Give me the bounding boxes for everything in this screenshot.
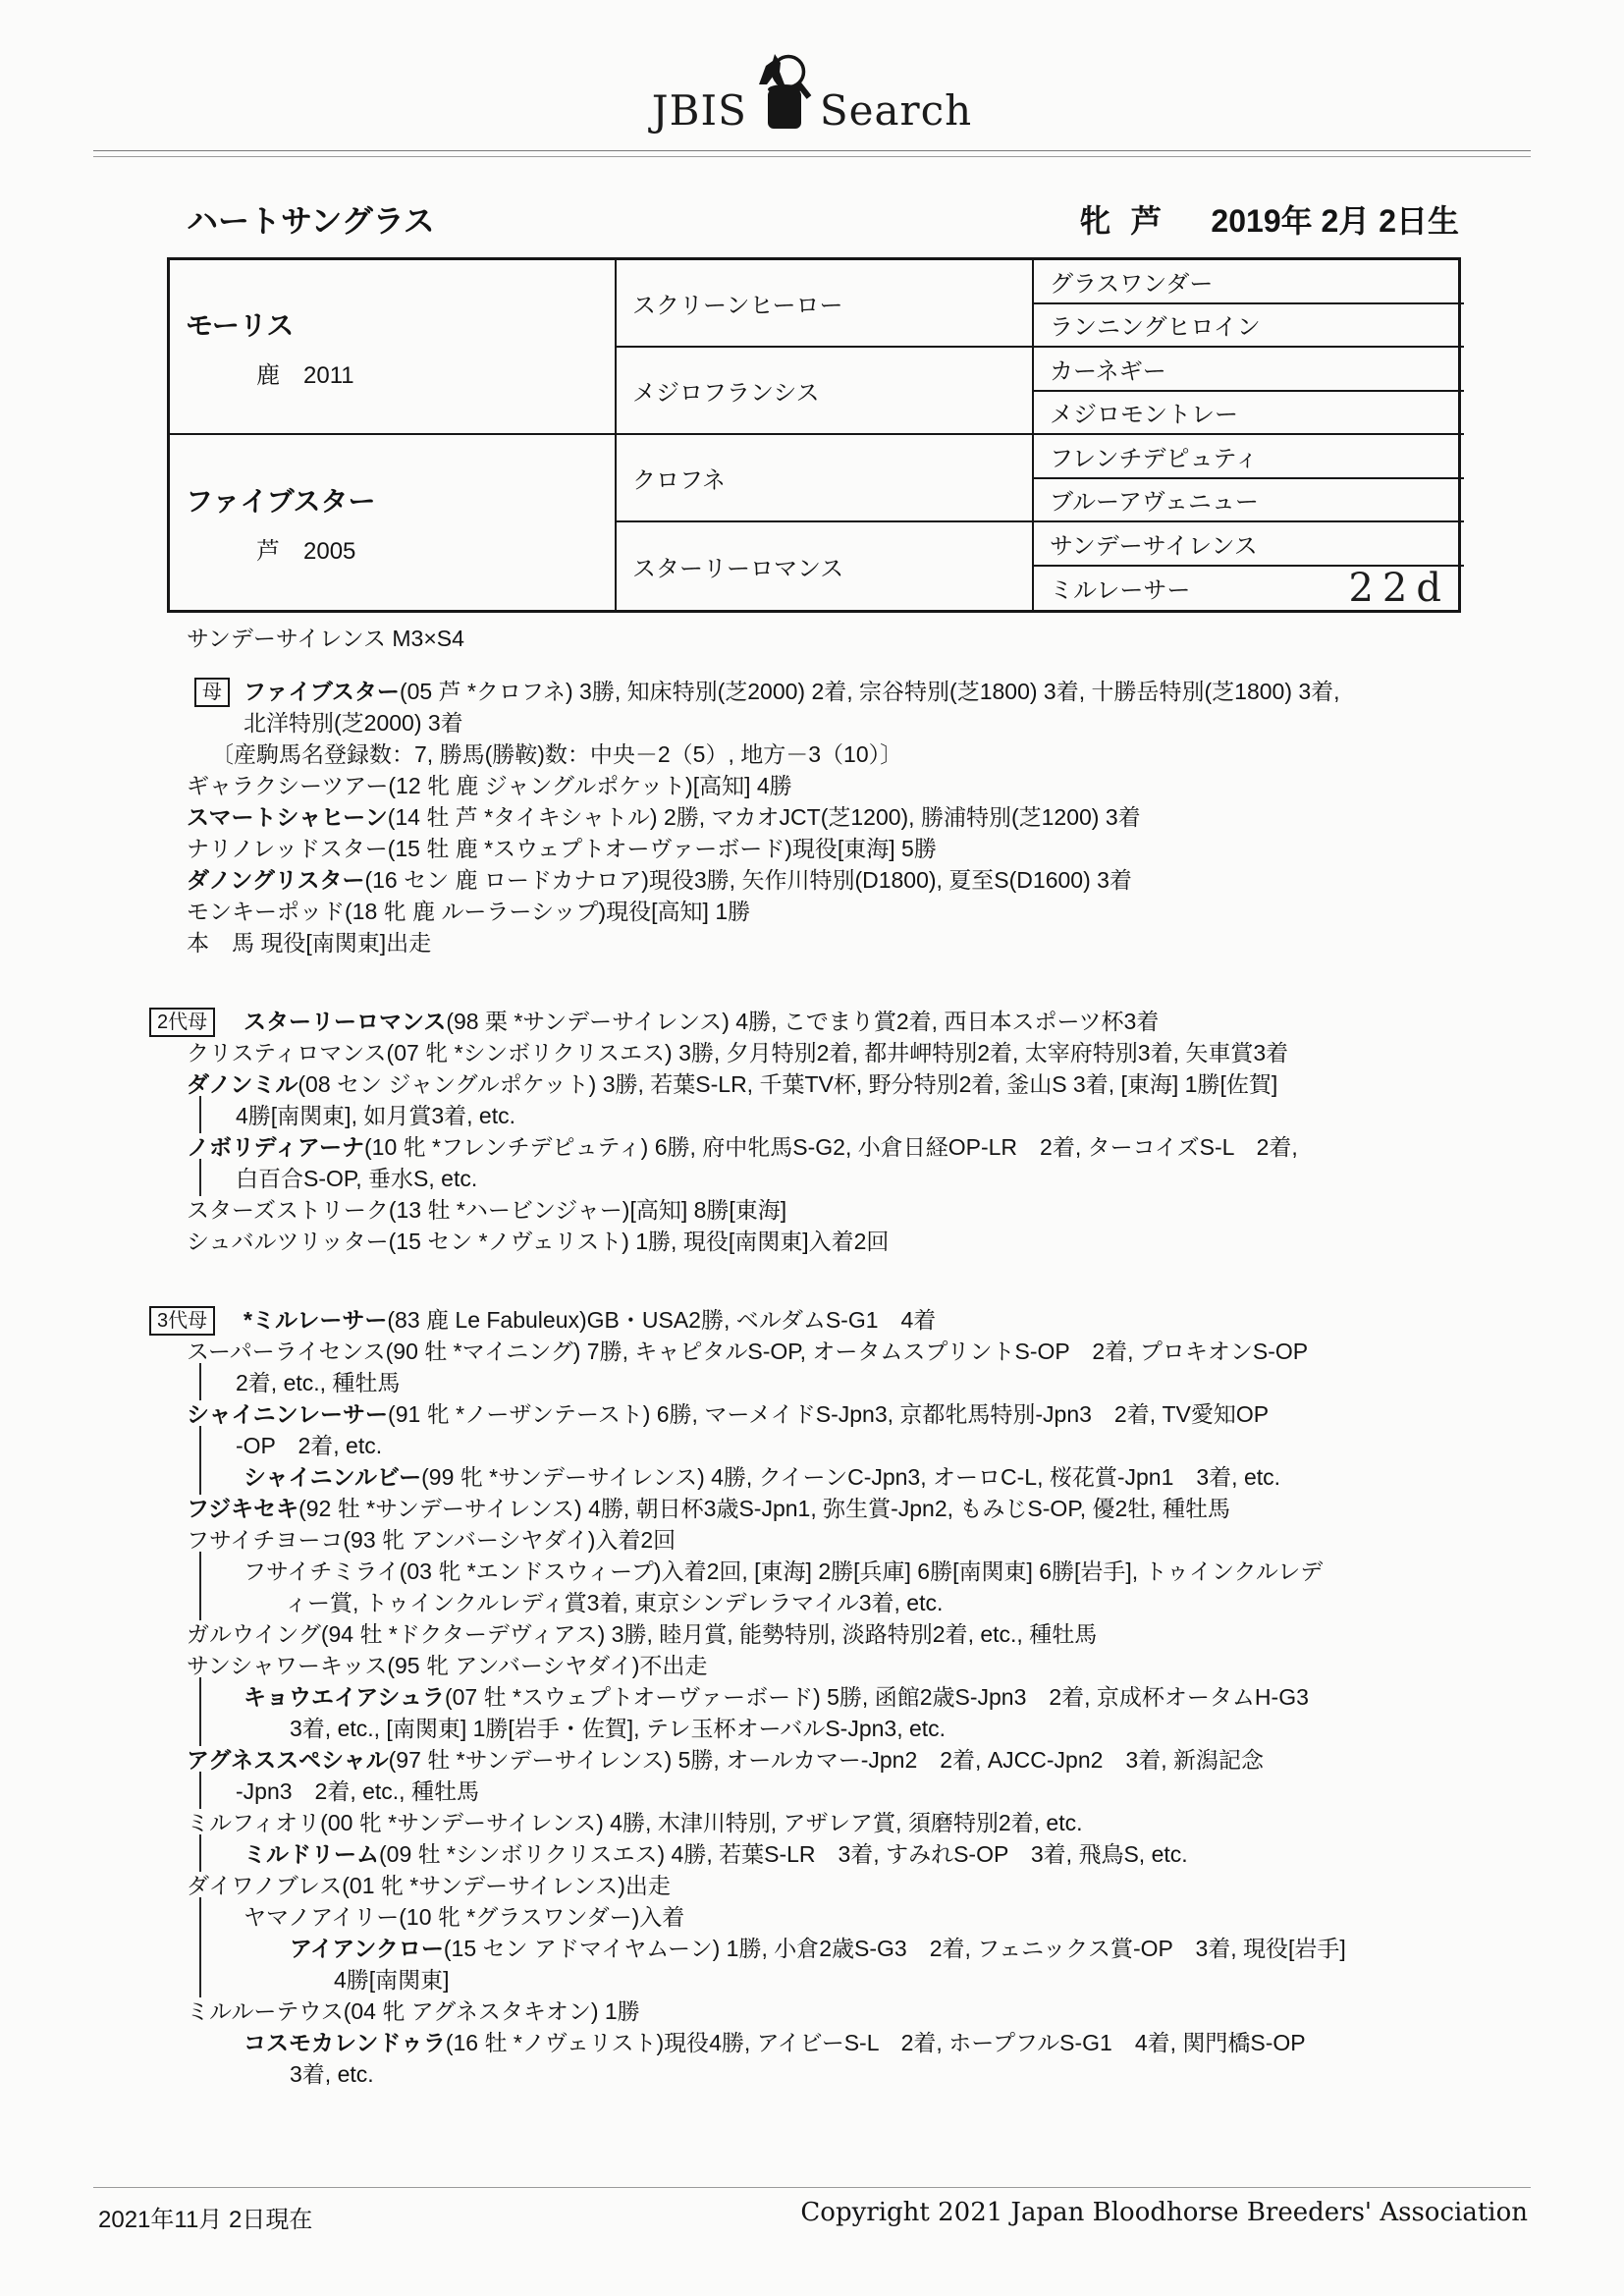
pedigree-line: フサイチヨーコ(93 牝 アンバーシヤダイ)入着2回 [0,1524,1624,1556]
logo-text-search: Search [820,90,972,132]
line-text: シュバルツリッター(15 セン *ノヴェリスト) 1勝, 現役[南関東]入着2回 [187,1229,889,1254]
descendant-connector-bar [199,1096,201,1133]
pedigree-line: スーパーライセンス(90 牡 *マイニング) 7勝, キャピタルS-OP, オー… [0,1336,1624,1367]
line-text: (91 牝 *ノーザンテースト) 6勝, マーメイドS-Jpn3, 京都牝馬特別… [388,1401,1269,1427]
pedigree-grandparent-cell: スターリーロマンス [617,522,1034,610]
pedigree-line: フジキセキ(92 牡 *サンデーサイレンス) 4勝, 朝日杯3歳S-Jpn1, … [0,1493,1624,1524]
title-row: ハートサングラス 牝 芦 2019年 2月 2日生 [187,196,1459,242]
footer-divider [93,2187,1531,2188]
pedigree-line: 本 馬 現役[南関東]出走 [0,927,1624,958]
jbis-horse-magnifier-icon [753,51,814,134]
pedigree-line: 3代母*ミルレーサー(83 鹿 Le Fabuleux)GB・USA2勝, ベル… [0,1304,1624,1336]
pedigree-greatgrandparent-cell: グラスワンダー [1034,260,1464,304]
dam-coat-year: 芦 2005 [186,531,355,566]
horse-coat: 芦 [1130,196,1162,242]
line-text: -Jpn3 2着, etc., 種牡馬 [236,1778,479,1804]
pedigree-line: ダノンミル(08 セン ジャングルポケット) 3勝, 若葉S-LR, 千葉TV杯… [0,1068,1624,1100]
pedigree-line: 北洋特別(芝2000) 3着 [0,707,1624,738]
line-text: クリスティロマンス(07 牝 *シンボリクリスエス) 3勝, 夕月特別2着, 都… [187,1040,1288,1066]
pedigree-line: キョウエイアシュラ(07 牡 *スウェプトオーヴァーボード) 5勝, 函館2歳S… [0,1681,1624,1713]
line-text: ガルウイング(94 牡 *ドクターデヴィアス) 3勝, 睦月賞, 能勢特別, 淡… [187,1621,1097,1647]
line-text: ミルルーテウス(04 牝 アグネスタキオン) 1勝 [187,1998,640,2024]
horse-name-bold: シャイニンレーサー [187,1401,388,1427]
line-text: (14 牡 芦 *タイキシャトル) 2勝, マカオJCT(芝1200), 勝浦特… [388,804,1141,830]
pedigree-line: シュバルツリッター(15 セン *ノヴェリスト) 1勝, 現役[南関東]入着2回 [0,1226,1624,1257]
pedigree-line: スターズストリーク(13 牡 *ハービンジャー)[高知] 8勝[東海] [0,1194,1624,1226]
line-text: 本 馬 現役[南関東]出走 [187,930,431,956]
descendant-connector-bar [199,1363,201,1400]
pedigree-line: -OP 2着, etc. [0,1430,1624,1461]
footer-copyright: Copyright 2021 Japan Bloodhorse Breeders… [800,2198,1528,2227]
pedigree-table: モーリス鹿 2011ファイブスター芦 2005スクリーンヒーローメジロフランシス… [167,257,1461,613]
line-text: 北洋特別(芝2000) 3着 [244,710,463,736]
pedigree-line: ミルフィオリ(00 牝 *サンデーサイレンス) 4勝, 木津川特別, アザレア賞… [0,1807,1624,1838]
horse-name-bold: ファイブスター [244,679,400,704]
pedigree-line: 2着, etc., 種牡馬 [0,1367,1624,1398]
horse-name-bold: キョウエイアシュラ [244,1684,445,1710]
horse-name-bold: *ミルレーサー [244,1307,387,1333]
pedigree-greatgrandparent-cell: ランニングヒロイン [1034,304,1464,349]
pedigree-line: ミルルーテウス(04 牝 アグネスタキオン) 1勝 [0,1995,1624,2027]
section-label: 母 [194,678,230,707]
section-label: 2代母 [149,1008,215,1037]
horse-sex: 牝 [1079,196,1110,242]
pedigree-greatgrandparent-cell: フレンチデピュティ [1034,435,1464,479]
line-text: ギャラクシーツアー(12 牝 鹿 ジャングルポケット)[高知] 4勝 [187,773,792,798]
line-text: (83 鹿 Le Fabuleux)GB・USA2勝, ベルダムS-G1 4着 [387,1307,936,1333]
horse-name-bold: フジキセキ [187,1496,298,1521]
pedigree-line: 4勝[南関東] [0,1964,1624,1995]
line-text: (10 牝 *フレンチデピュティ) 6勝, 府中牝馬S-G2, 小倉日経OP-L… [364,1134,1298,1160]
pedigree-line: 白百合S-OP, 垂水S, etc. [0,1163,1624,1194]
pedigree-line: 〔産駒馬名登録数：7, 勝馬(勝鞍)数：中央－2（5）, 地方－3（10）〕 [0,738,1624,770]
horse-name-bold: シャイニンルビー [244,1464,421,1490]
horse-name-bold: スターリーロマンス [244,1009,446,1034]
descendant-connector-bar [199,1583,201,1620]
footer-as-of-date: 2021年11月 2日現在 [98,2200,312,2234]
horse-name-bold: ノボリディアーナ [187,1134,364,1160]
line-text: スターズストリーク(13 牡 *ハービンジャー)[高知] 8勝[東海] [187,1197,786,1223]
line-text: モンキーポッド(18 牝 鹿 ルーラーシップ)現役[高知] 1勝 [187,899,750,924]
family-section: 3代母*ミルレーサー(83 鹿 Le Fabuleux)GB・USA2勝, ベル… [0,1304,1624,2090]
pedigree-line: ギャラクシーツアー(12 牝 鹿 ジャングルポケット)[高知] 4勝 [0,770,1624,801]
horse-name-bold: スマートシャヒーン [187,804,388,830]
line-text: 3着, etc., [南関東] 1勝[岩手・佐賀], テレ玉杯オーバルS-Jpn… [290,1716,946,1741]
line-text: 4勝[南関東] [334,1967,450,1993]
pedigree-line: アグネススペシャル(97 牡 *サンデーサイレンス) 5勝, オールカマー-Jp… [0,1744,1624,1776]
line-text: (16 牡 *ノヴェリスト)現役4勝, アイビーS-L 2着, ホープフルS-G… [446,2030,1306,2055]
line-text: ヤマノアイリー(10 牝 *グラスワンダー)入着 [244,1904,684,1930]
line-text: ィー賞, トゥインクルレディ賞3着, 東京シンデレラマイル3着, etc. [285,1590,943,1615]
pedigree-grandparent-cell: スクリーンヒーロー [617,260,1034,348]
pedigree-line: 母ファイブスター(05 芦 *クロフネ) 3勝, 知床特別(芝2000) 2着,… [0,676,1624,707]
line-text: (05 芦 *クロフネ) 3勝, 知床特別(芝2000) 2着, 宗谷特別(芝1… [400,679,1340,704]
pedigree-greatgrandparent-cell: サンデーサイレンス [1034,522,1464,567]
line-text: (97 牡 *サンデーサイレンス) 5勝, オールカマー-Jpn2 2着, AJ… [389,1747,1264,1773]
pedigree-greatgrandparent-cell: メジロモントレー [1034,392,1464,436]
pedigree-line: ダイワノブレス(01 牝 *サンデーサイレンス)出走 [0,1870,1624,1901]
descendant-connector-bar [199,1834,201,1872]
horse-name-bold: アイアンクロー [290,1936,444,1961]
horse-name-bold: コスモカレンドゥラ [244,2030,446,2055]
descendant-connector-bar [199,1159,201,1196]
pedigree-grandparent-cell: クロフネ [617,435,1034,522]
pedigree-line: サンシャワーキッス(95 牝 アンバーシヤダイ)不出走 [0,1650,1624,1681]
line-text: ナリノレッドスター(15 牡 鹿 *スウェプトオーヴァーボード)現役[東海] 5… [187,836,937,861]
line-text: 白百合S-OP, 垂水S, etc. [236,1166,477,1191]
pedigree-line: -Jpn3 2着, etc., 種牡馬 [0,1776,1624,1807]
horse-name-bold: ダノングリスター [187,867,364,893]
pedigree-sire-cell: モーリス鹿 2011 [170,260,617,435]
line-text: スーパーライセンス(90 牡 *マイニング) 7勝, キャピタルS-OP, オー… [187,1339,1308,1364]
pedigree-line: スマートシャヒーン(14 牡 芦 *タイキシャトル) 2勝, マカオJCT(芝1… [0,801,1624,833]
line-text: (07 牡 *スウェプトオーヴァーボード) 5勝, 函館2歳S-Jpn3 2着,… [445,1684,1309,1710]
pedigree-line: ナリノレッドスター(15 牡 鹿 *スウェプトオーヴァーボード)現役[東海] 5… [0,833,1624,864]
inbreeding-note: サンデーサイレンス M3×S4 [187,621,464,653]
line-text: (16 セン 鹿 ロードカナロア)現役3勝, 矢作川特別(D1800), 夏至S… [364,867,1131,893]
family-section: 2代母スターリーロマンス(98 栗 *サンデーサイレンス) 4勝, こでまり賞2… [0,1006,1624,1257]
dam-name: ファイブスター [186,480,375,519]
header-divider [93,150,1531,157]
line-text: ミルフィオリ(00 牝 *サンデーサイレンス) 4勝, 木津川特別, アザレア賞… [187,1810,1082,1835]
descendant-connector-bar [199,1709,201,1746]
pedigree-line: ヤマノアイリー(10 牝 *グラスワンダー)入着 [0,1901,1624,1933]
line-text: (98 栗 *サンデーサイレンス) 4勝, こでまり賞2着, 西日本スポーツ杯3… [446,1009,1159,1034]
line-text: (99 牝 *サンデーサイレンス) 4勝, クイーンC-Jpn3, オーロC-L… [421,1464,1280,1490]
logo-text-jbis: JBIS [652,90,747,132]
pedigree-grandparent-cell: メジロフランシス [617,348,1034,435]
horse-name-bold: ダノンミル [187,1071,298,1097]
pedigree-line: 4勝[南関東], 如月賞3着, etc. [0,1100,1624,1131]
line-text: 3着, etc. [290,2061,374,2087]
pedigree-greatgrandparent-cell: ミルレーサー22d [1034,567,1464,611]
line-text: (08 セン ジャングルポケット) 3勝, 若葉S-LR, 千葉TV杯, 野分特… [298,1071,1277,1097]
horse-birthdate: 2019年 2月 2日生 [1211,196,1459,242]
horse-name: ハートサングラス [187,196,435,242]
descendant-connector-bar [199,1457,201,1495]
sire-coat-year: 鹿 2011 [186,355,354,390]
line-text: 〔産駒馬名登録数：7, 勝馬(勝鞍)数：中央－2（5）, 地方－3（10）〕 [211,741,902,767]
pedigree-line: ノボリディアーナ(10 牝 *フレンチデピュティ) 6勝, 府中牝馬S-G2, … [0,1131,1624,1163]
pedigree-line: モンキーポッド(18 牝 鹿 ルーラーシップ)現役[高知] 1勝 [0,896,1624,927]
line-text: フサイチヨーコ(93 牝 アンバーシヤダイ)入着2回 [187,1527,676,1553]
horse-info: 牝 芦 2019年 2月 2日生 [1079,196,1459,242]
family-section: 母ファイブスター(05 芦 *クロフネ) 3勝, 知床特別(芝2000) 2着,… [0,676,1624,958]
pedigree-line: ダノングリスター(16 セン 鹿 ロードカナロア)現役3勝, 矢作川特別(D18… [0,864,1624,896]
line-text: フサイチミライ(03 牝 *エンドスウィープ)入着2回, [東海] 2勝[兵庫]… [244,1558,1323,1584]
pedigree-line: 2代母スターリーロマンス(98 栗 *サンデーサイレンス) 4勝, こでまり賞2… [0,1006,1624,1037]
pedigree-greatgrandparent-cell: カーネギー [1034,348,1464,392]
descendant-connector-bar [199,1772,201,1809]
line-text: ダイワノブレス(01 牝 *サンデーサイレンス)出走 [187,1873,671,1898]
pedigree-line: クリスティロマンス(07 牝 *シンボリクリスエス) 3勝, 夕月特別2着, 都… [0,1037,1624,1068]
section-label: 3代母 [149,1306,215,1336]
descendant-connector-bar [199,1960,201,1997]
pedigree-greatgrandparent-cell: ブルーアヴェニュー [1034,479,1464,523]
pedigree-line: 3着, etc., [南関東] 1勝[岩手・佐賀], テレ玉杯オーバルS-Jpn… [0,1713,1624,1744]
pedigree-line: ィー賞, トゥインクルレディ賞3着, 東京シンデレラマイル3着, etc. [0,1587,1624,1618]
sire-name: モーリス [186,304,294,344]
line-text: 2着, etc., 種牡馬 [236,1370,400,1395]
pedigree-line: コスモカレンドゥラ(16 牡 *ノヴェリスト)現役4勝, アイビーS-L 2着,… [0,2027,1624,2058]
line-text: (15 セン アドマイヤムーン) 1勝, 小倉2歳S-G3 2着, フェニックス… [444,1936,1346,1961]
horse-name-bold: ミルドリーム [244,1841,379,1867]
line-text: サンシャワーキッス(95 牝 アンバーシヤダイ)不出走 [187,1653,707,1678]
pedigree-line: シャイニンレーサー(91 牝 *ノーザンテースト) 6勝, マーメイドS-Jpn… [0,1398,1624,1430]
line-text: (09 牡 *シンボリクリスエス) 4勝, 若葉S-LR 3着, すみれS-OP… [379,1841,1188,1867]
line-text: (92 牡 *サンデーサイレンス) 4勝, 朝日杯3歳S-Jpn1, 弥生賞-J… [298,1496,1230,1521]
family-sections: 母ファイブスター(05 芦 *クロフネ) 3勝, 知床特別(芝2000) 2着,… [0,676,1624,2090]
pedigree-dam-cell: ファイブスター芦 2005 [170,435,617,610]
pedigree-line: 3着, etc. [0,2058,1624,2090]
pedigree-line: アイアンクロー(15 セン アドマイヤムーン) 1勝, 小倉2歳S-G3 2着,… [0,1933,1624,1964]
pedigree-line: ミルドリーム(09 牡 *シンボリクリスエス) 4勝, 若葉S-LR 3着, す… [0,1838,1624,1870]
handwritten-note: 22d [1348,567,1450,611]
line-text: -OP 2着, etc. [236,1433,382,1458]
pedigree-line: シャイニンルビー(99 牝 *サンデーサイレンス) 4勝, クイーンC-Jpn3… [0,1461,1624,1493]
horse-name-bold: アグネススペシャル [187,1747,389,1773]
jbis-logo: JBIS Search [0,51,1624,132]
pedigree-line: ガルウイング(94 牡 *ドクターデヴィアス) 3勝, 睦月賞, 能勢特別, 淡… [0,1618,1624,1650]
line-text: 4勝[南関東], 如月賞3着, etc. [236,1103,515,1128]
pedigree-line: フサイチミライ(03 牝 *エンドスウィープ)入着2回, [東海] 2勝[兵庫]… [0,1556,1624,1587]
